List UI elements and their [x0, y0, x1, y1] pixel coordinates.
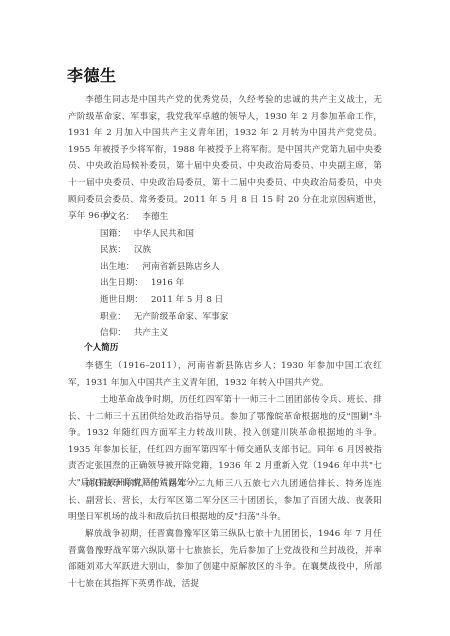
bio-paragraph: 抗日战争时期，任八路军一二九师三八五旅七六九团通信排长、特务连连长、副营长、营长…	[68, 476, 382, 526]
bio-paragraph: 解放战争初期，任晋冀鲁豫军区第三纵队七旅十九团团长，1946 年 7 月任晋冀鲁…	[68, 526, 382, 592]
info-label: 国籍：	[100, 226, 126, 243]
info-value: 汉族	[134, 245, 151, 255]
info-row-birthplace: 出生地：河南省新县陈店乡人	[100, 259, 228, 276]
info-row-belief: 信仰：共产主义	[100, 325, 228, 342]
info-label: 出生日期：	[100, 275, 143, 292]
document-title: 李德生	[67, 63, 117, 86]
info-label: 逝世日期：	[100, 292, 143, 309]
info-value: 共产主义	[134, 328, 168, 338]
info-value: 李德生	[142, 212, 168, 222]
info-value: 无产阶级革命家、军事家	[134, 312, 229, 322]
section-heading-biography: 个人简历	[84, 341, 118, 353]
bio-paragraph: 李德生（1916–2011），河南省新县陈店乡人；1930 年参加中国工农红军，…	[68, 358, 382, 391]
info-row-death-date: 逝世日期：2011 年 5 月 8 日	[100, 292, 228, 309]
info-label: 中文名：	[100, 209, 134, 226]
info-value: 中华人民共和国	[134, 229, 194, 239]
info-row-ethnicity: 民族：汉族	[100, 242, 228, 259]
info-row-occupation: 职业：无产阶级革命家、军事家	[100, 309, 228, 326]
document-page: 李德生 李德生同志是中国共产党的优秀党员，久经考验的忠诚的共产主义战士，无产阶级…	[0, 0, 450, 636]
info-value: 1916 年	[151, 278, 184, 288]
info-label: 民族：	[100, 242, 126, 259]
intro-paragraph: 李德生同志是中国共产党的优秀党员，久经考验的忠诚的共产主义战士，无产阶级革命家、…	[68, 92, 382, 225]
info-value: 2011 年 5 月 8 日	[151, 295, 223, 305]
info-row-chinese-name: 中文名：李德生	[100, 209, 228, 226]
info-label: 职业：	[100, 309, 126, 326]
info-label: 出生地：	[100, 259, 134, 276]
info-list: 中文名：李德生 国籍：中华人民共和国 民族：汉族 出生地：河南省新县陈店乡人 出…	[100, 209, 228, 342]
info-value: 河南省新县陈店乡人	[142, 262, 219, 272]
info-row-birth-date: 出生日期：1916 年	[100, 275, 228, 292]
info-row-nationality: 国籍：中华人民共和国	[100, 226, 228, 243]
info-label: 信仰：	[100, 325, 126, 342]
